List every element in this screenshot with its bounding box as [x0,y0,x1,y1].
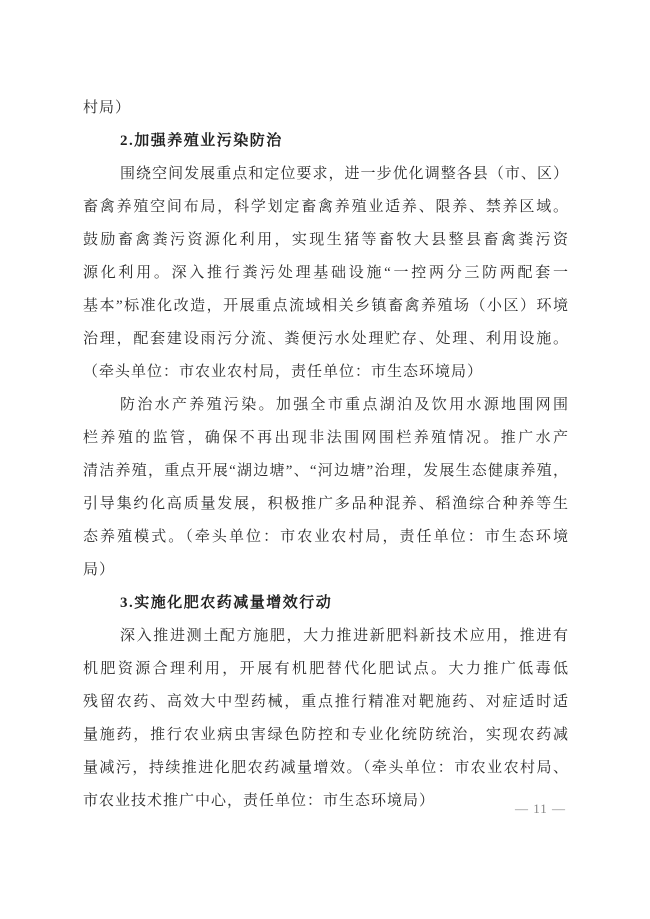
text-line: 量施药，推行农业病虫害绿色防控和专业化统防统治，实现农药减 [83,719,568,752]
text-line: 栏养殖的监管，确保不再出现非法围网围栏养殖情况。推广水产 [83,422,568,455]
text-line: 残留农药、高效大中型药械，重点推行精准对靶施药、对症适时适 [83,686,568,719]
section-heading-fertilizer-pesticide: 3.实施化肥农药减量增效行动 [83,587,568,620]
text-line: 畜禽养殖空间布局，科学划定畜禽养殖业适养、限养、禁养区域。 [83,191,568,224]
text-line: 基本”标准化改造，开展重点流域相关乡镇畜禽养殖场（小区）环境 [83,290,568,323]
text-line: 清洁养殖，重点开展“湖边塘”、“河边塘”治理，发展生态健康养殖， [83,455,568,488]
text-line: 围绕空间发展重点和定位要求，进一步优化调整各县（市、区） [83,158,568,191]
section-heading-livestock-pollution: 2.加强养殖业污染防治 [83,125,568,158]
text-line: 态养殖模式。（牵头单位：市农业农村局，责任单位：市生态环境 [83,521,568,554]
page-number: — 11 — [515,799,566,819]
paragraph-tail-line: 局） [83,554,568,587]
text-line: 防治水产养殖污染。加强全市重点湖泊及饮用水源地围网围 [83,389,568,422]
responsibility-note-line: （牵头单位：市农业农村局，责任单位：市生态环境局） [83,356,568,389]
document-body: 村局） 2.加强养殖业污染防治 围绕空间发展重点和定位要求，进一步优化调整各县（… [83,92,568,818]
text-line: 源化利用。深入推行粪污处理基础设施“一控两分三防两配套一 [83,257,568,290]
responsibility-note-line: 市农业技术推广中心，责任单位：市生态环境局） [83,785,568,818]
paragraph-tail-line: 村局） [83,92,568,125]
document-page: 村局） 2.加强养殖业污染防治 围绕空间发展重点和定位要求，进一步优化调整各县（… [0,0,650,919]
text-line: 鼓励畜禽粪污资源化利用，实现生猪等畜牧大县整县畜禽粪污资 [83,224,568,257]
text-line: 量减污，持续推进化肥农药减量增效。（牵头单位：市农业农村局、 [83,752,568,785]
text-line: 引导集约化高质量发展，积极推广多品种混养、稻渔综合种养等生 [83,488,568,521]
text-line: 机肥资源合理利用，开展有机肥替代化肥试点。大力推广低毒低 [83,653,568,686]
text-line: 治理，配套建设雨污分流、粪便污水处理贮存、处理、利用设施。 [83,323,568,356]
text-line: 深入推进测土配方施肥，大力推进新肥料新技术应用，推进有 [83,620,568,653]
